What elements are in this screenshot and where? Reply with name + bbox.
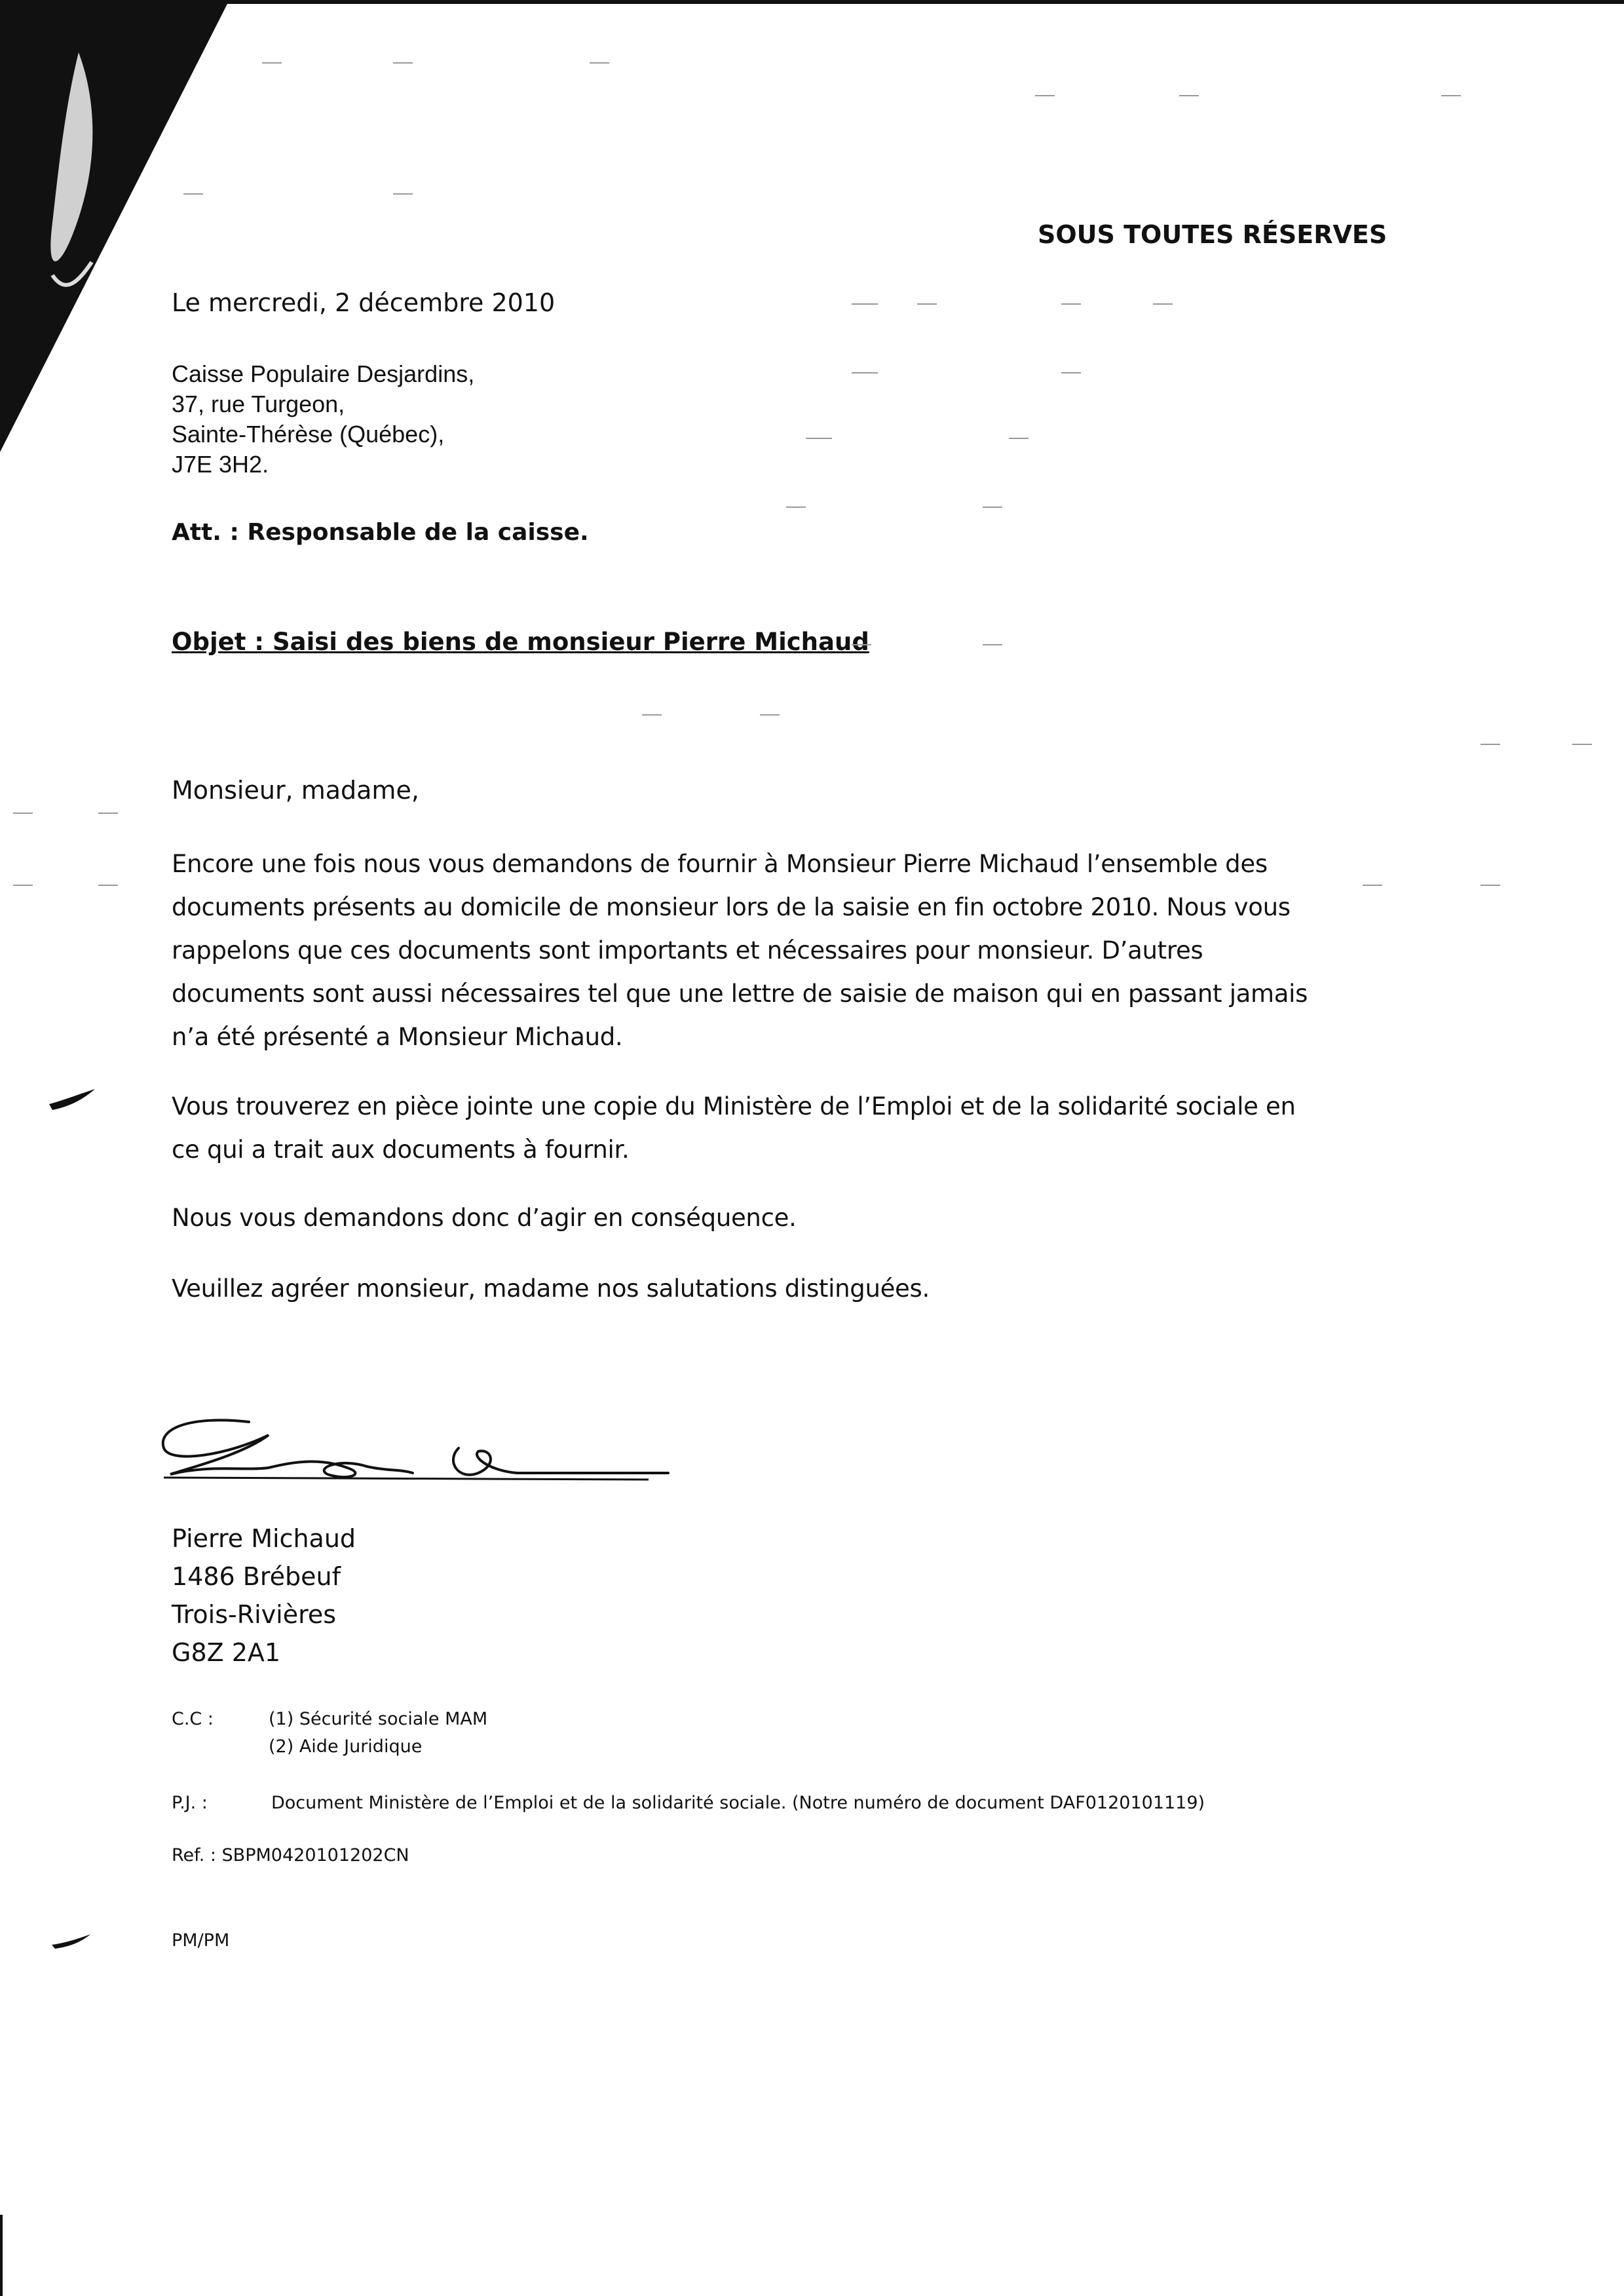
sender-name: Pierre Michaud [172,1524,356,1553]
cc-item: (1) Sécurité sociale MAM [269,1709,487,1729]
cc-label: C.C : [172,1709,214,1729]
pj-text: Document Ministère de l’Emploi et de la … [271,1793,1205,1813]
body-line: Encore une fois nous vous demandons de f… [172,843,1268,886]
cc-item: (2) Aide Juridique [269,1736,422,1757]
letter-date: Le mercredi, 2 décembre 2010 [172,288,555,317]
sender-city: Trois-Rivières [172,1600,336,1629]
pj-label: P.J. : [172,1793,208,1813]
scan-ink-mark [50,1932,96,1951]
body-line: ce qui a trait aux documents à fournir. [172,1128,629,1172]
handwritten-signature [151,1409,675,1487]
initials: PM/PM [172,1930,229,1951]
closing-formula: Veuillez agréer monsieur, madame nos sal… [172,1267,930,1311]
body-line: rappelons que ces documents sont importa… [172,929,1203,972]
salutation: Monsieur, madame, [172,776,419,805]
body-line: documents présents au domicile de monsie… [172,886,1291,929]
reference-number: Ref. : SBPM0420101202CN [172,1845,409,1865]
attention-line: Att. : Responsable de la caisse. [172,519,589,546]
sender-street: 1486 Brébeuf [172,1562,341,1591]
recipient-line: 37, rue Turgeon, [172,389,345,419]
body-line: documents sont aussi nécessaires tel que… [172,972,1308,1016]
body-line: n’a été présenté a Monsieur Michaud. [172,1016,622,1059]
scan-ink-mark [46,1088,98,1114]
recipient-line: Caisse Populaire Desjardins, [172,359,474,389]
letter-page: SOUS TOUTES RÉSERVES Le mercredi, 2 déce… [0,0,1624,2296]
scan-edge-mark [0,2215,3,2296]
subject-line: Objet : Saisi des biens de monsieur Pier… [172,628,869,656]
recipient-line: J7E 3H2. [172,450,269,480]
reserve-stamp: SOUS TOUTES RÉSERVES [1038,220,1387,249]
recipient-line: Sainte-Thérèse (Québec), [172,419,444,450]
body-line: Vous trouverez en pièce jointe une copie… [172,1085,1296,1128]
body-paragraph-3: Nous vous demandons donc d’agir en consé… [172,1196,797,1240]
scan-top-border [216,0,1624,4]
sender-postal: G8Z 2A1 [172,1638,280,1667]
